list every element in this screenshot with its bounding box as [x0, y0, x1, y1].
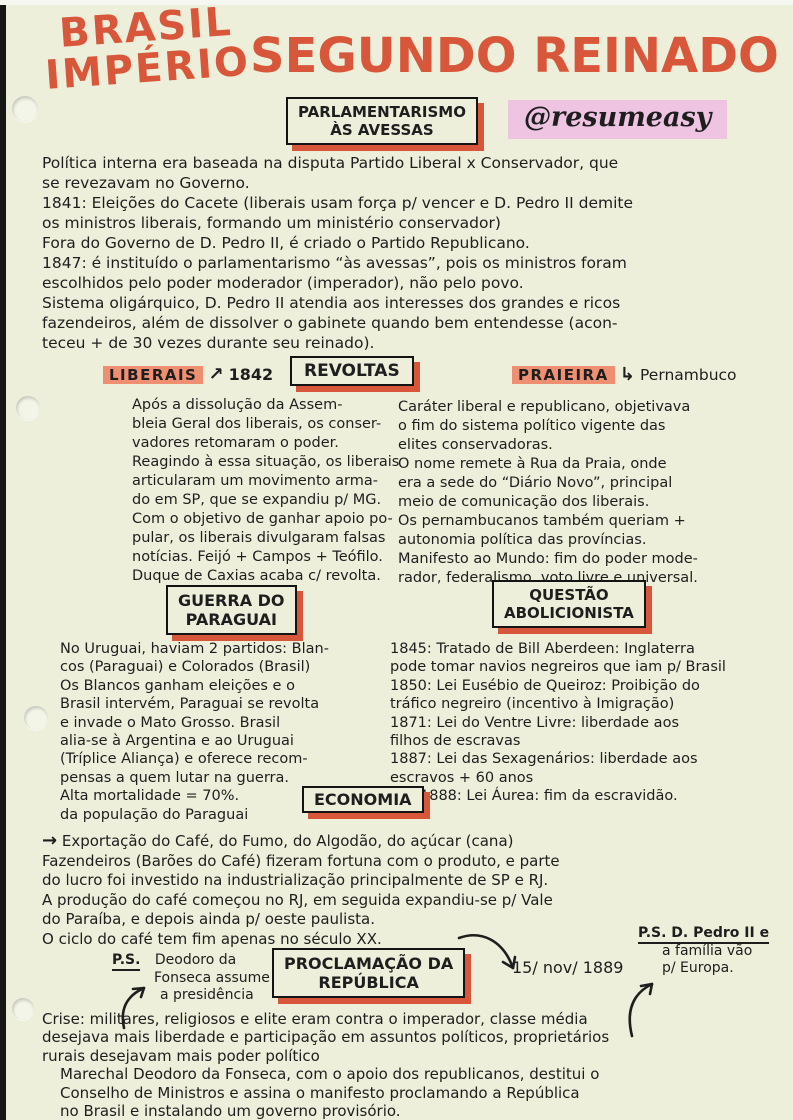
- topic-box-parlamentarismo: PARLAMENTARISMO ÀS AVESSAS: [286, 97, 478, 145]
- note-line: 1845: Tratado de Bill Aberdeen: Inglater…: [390, 640, 726, 658]
- column-liberais: Após a dissolução da Assem- bleia Geral …: [132, 396, 399, 586]
- note-line: Brasil intervém, Paraguai se revolta: [60, 695, 329, 713]
- note-line: 1847: é instituído o parlamentarismo “às…: [42, 253, 633, 273]
- arrow-up-right-icon: ↗: [208, 364, 223, 385]
- final-paragraph: Crise: militares, religiosos e elite era…: [42, 1010, 609, 1120]
- note-line: Alta mortalidade = 70%.: [60, 787, 329, 805]
- note-line: tráfico negreiro (incentivo à Imigração): [390, 695, 726, 713]
- note-line: o fim do sistema político vigente das: [398, 417, 698, 436]
- proclamacao-date: 15/ nov/ 1889: [512, 958, 623, 977]
- note-line: autonomia política das províncias.: [398, 531, 698, 550]
- note-line: 1871: Lei do Ventre Livre: liberdade aos: [390, 714, 726, 732]
- proclamacao-box: PROCLAMAÇÃO DA REPÚBLICA: [272, 948, 465, 998]
- guerra-paraguai-box: GUERRA DO PARAGUAI: [166, 585, 297, 635]
- note-line: os ministros liberais, formando um minis…: [42, 213, 633, 233]
- note-line: meio de comunicação dos liberais.: [398, 493, 698, 512]
- note-line: do Paraíba, e depois ainda p/ oeste paul…: [42, 910, 560, 930]
- note-line: cos (Paraguai) e Colorados (Brasil): [60, 658, 329, 676]
- note-line: Marechal Deodoro da Fonseca, com o apoio…: [42, 1065, 609, 1083]
- note-line: da população do Paraguai: [60, 806, 329, 824]
- guerra-box-line1: GUERRA DO: [178, 591, 285, 610]
- note-line: 1841: Eleições do Cacete (liberais usam …: [42, 193, 633, 213]
- note-line: 1888: Lei Áurea: fim da escravidão.: [390, 787, 726, 805]
- guerra-box-line2: PARAGUAI: [178, 610, 285, 629]
- note-line: Crise: militares, religiosos e elite era…: [42, 1010, 609, 1028]
- note-line: Fora do Governo de D. Pedro II, é criado…: [42, 233, 633, 253]
- note-line: 1850: Lei Eusébio de Queiroz: Proibição …: [390, 677, 726, 695]
- abolicionista-box-line2: ABOLICIONISTA: [504, 604, 634, 622]
- note-line: pode tomar navios negreiros que iam p/ B…: [390, 658, 726, 676]
- binder-hole: [12, 998, 34, 1020]
- note-line: alia-se à Argentina e ao Uruguai: [60, 732, 329, 750]
- economia-box-title: ECONOMIA: [314, 790, 412, 809]
- note-line: escolhidos pelo poder moderador (imperad…: [42, 273, 633, 293]
- column-abolicionista: 1845: Tratado de Bill Aberdeen: Inglater…: [390, 640, 726, 806]
- ps-right-line: a família vão: [638, 943, 769, 961]
- note-line: Após a dissolução da Assem-: [132, 396, 399, 415]
- note-line: e invade o Mato Grosso. Brasil: [60, 714, 329, 732]
- note-line: O nome remete à Rua da Praia, onde: [398, 455, 698, 474]
- note-line: Exportação do Café, do Fumo, do Algodão,…: [62, 832, 514, 850]
- note-line: vadores retomaram o poder.: [132, 434, 399, 453]
- note-line: bleia Geral dos liberais, os conser-: [132, 415, 399, 434]
- note-line: Reagindo à essa situação, os liberais: [132, 453, 399, 472]
- praieira-highlight: PRAIEIRA: [512, 366, 615, 384]
- section-label-praieira: PRAIEIRA ↳ Pernambuco: [512, 364, 737, 385]
- column-praieira: Caráter liberal e republicano, objetivav…: [398, 398, 698, 588]
- revoltas-box: REVOLTAS: [290, 356, 414, 386]
- page-title-main: SEGUNDO REINADO: [250, 28, 779, 84]
- note-line: Os pernambucanos também queriam +: [398, 512, 698, 531]
- note-line: (Tríplice Aliança) e oferece recom-: [60, 750, 329, 768]
- arrow-right-icon: →: [42, 830, 57, 851]
- note-line: rurais desejavam mais poder político: [42, 1047, 609, 1065]
- binder-hole: [24, 706, 48, 730]
- note-line: 1887: Lei das Sexagenários: liberdade ao…: [390, 750, 726, 768]
- paper-top-edge: [0, 0, 793, 5]
- arrow-corner-right-icon: ↳: [620, 364, 635, 385]
- note-line: se revezavam no Governo.: [42, 173, 633, 193]
- note-line: Conselho de Ministros e assina o manifes…: [42, 1084, 609, 1102]
- note-line: do em SP, que se expandiu p/ MG.: [132, 491, 399, 510]
- handle-badge: @resumeasy: [508, 100, 727, 139]
- note-line: escravos + 60 anos: [390, 769, 726, 787]
- note-line: pular, os liberais divulgaram falsas: [132, 529, 399, 548]
- ps-left-label: P.S.: [112, 952, 140, 971]
- note-line: Fazendeiros (Barões do Café) fizeram for…: [42, 852, 560, 872]
- note-line: Os Blancos ganham eleições e o: [60, 677, 329, 695]
- liberais-year: 1842: [229, 365, 274, 384]
- ps-right-line: P.S. D. Pedro II e: [638, 925, 769, 944]
- intro-paragraph: Política interna era baseada na disputa …: [42, 153, 633, 353]
- paper-left-edge: [0, 0, 6, 1120]
- note-line: pensas a quem lutar na guerra.: [60, 769, 329, 787]
- revoltas-box-title: REVOLTAS: [304, 361, 400, 381]
- economia-box: ECONOMIA: [302, 786, 424, 813]
- note-line: Caráter liberal e republicano, objetivav…: [398, 398, 698, 417]
- note-line: do lucro foi investido na industrializaç…: [42, 871, 560, 891]
- note-line: Com o objetivo de ganhar apoio po-: [132, 510, 399, 529]
- note-line: Política interna era baseada na disputa …: [42, 153, 633, 173]
- section-label-liberais: LIBERAIS ↗ 1842: [103, 364, 273, 385]
- note-line: No Uruguai, haviam 2 partidos: Blan-: [60, 640, 329, 658]
- note-line: no Brasil e instalando um governo provis…: [42, 1102, 609, 1120]
- topic-box-line1: PARLAMENTARISMO: [298, 103, 466, 121]
- note-line: A produção do café começou no RJ, em seg…: [42, 891, 560, 911]
- proclamacao-box-line2: REPÚBLICA: [284, 973, 453, 992]
- note-line: Duque de Caxias acaba c/ revolta.: [132, 567, 399, 586]
- ps-right-line: p/ Europa.: [638, 960, 769, 978]
- ps-note-right: P.S. D. Pedro II e a família vão p/ Euro…: [638, 925, 769, 978]
- note-line: articularam um movimento arma-: [132, 472, 399, 491]
- note-line: desejava mais liberdade e participação e…: [42, 1028, 609, 1046]
- abolicionista-box: QUESTÃO ABOLICIONISTA: [492, 580, 646, 628]
- note-line: era a sede do “Diário Novo”, principal: [398, 474, 698, 493]
- note-line: notícias. Feijó + Campos + Teófilo.: [132, 548, 399, 567]
- note-line: filhos de escravas: [390, 732, 726, 750]
- note-line: teceu + de 30 vezes durante seu reinado)…: [42, 333, 633, 353]
- proclamacao-box-line1: PROCLAMAÇÃO DA: [284, 954, 453, 973]
- binder-hole: [12, 96, 38, 122]
- praieira-place: Pernambuco: [640, 366, 737, 384]
- note-line: Sistema oligárquico, D. Pedro II atendia…: [42, 293, 633, 313]
- abolicionista-box-line1: QUESTÃO: [504, 586, 634, 604]
- note-line: fazendeiros, além de dissolver o gabinet…: [42, 313, 633, 333]
- ps-left-line: Deodoro da: [145, 952, 236, 968]
- page-title-imperio: IMPÉRIO: [44, 42, 251, 96]
- note-line: Manifesto ao Mundo: fim do poder mode-: [398, 550, 698, 569]
- curved-arrow-icon: [624, 980, 660, 1038]
- binder-hole: [16, 396, 40, 420]
- note-line: elites conservadoras.: [398, 436, 698, 455]
- liberais-highlight: LIBERAIS: [103, 366, 203, 384]
- column-guerra-paraguai: No Uruguai, haviam 2 partidos: Blan- cos…: [60, 640, 329, 824]
- notebook-page: BRASIL IMPÉRIO SEGUNDO REINADO PARLAMENT…: [0, 0, 793, 1120]
- topic-box-line2: ÀS AVESSAS: [298, 121, 466, 139]
